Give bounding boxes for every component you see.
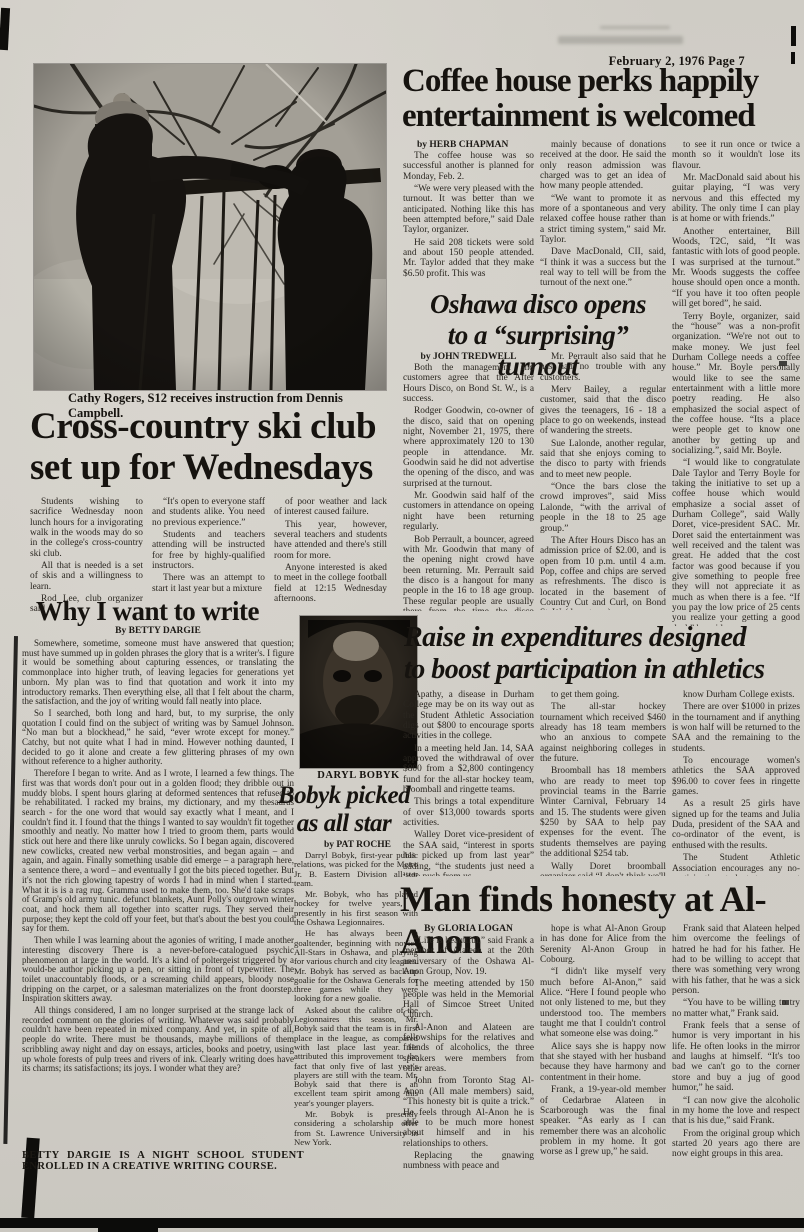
paragraph: As a result 25 girls have signed up for … — [672, 799, 800, 851]
bobyk-headline-line1: Bobyk picked — [268, 782, 420, 810]
athletics-headline-line1: Raise in expenditures designed — [404, 622, 804, 654]
paragraph: of poor weather and lack of interest cau… — [274, 497, 387, 518]
paragraph: Students and teachers attending will be … — [152, 530, 265, 571]
athletics-headline-line2: to boost participation in athletics — [404, 654, 804, 686]
paragraph: The coffee house was so successful anoth… — [403, 151, 534, 182]
paragraph: The Student Athletic Association encoura… — [672, 853, 800, 876]
paragraph: “Once the bars close the crowd improves”… — [540, 482, 666, 534]
athletics-column-3: know Durham College exists.There are ove… — [672, 690, 800, 876]
paragraph: Terry Boyle, organizer, said the “house”… — [672, 312, 800, 457]
disco-headline-line1: Oshawa disco opens — [405, 289, 671, 320]
paragraph: Mr. Bobyk is presently considering a sch… — [294, 1110, 418, 1147]
coffee-headline-line2: entertainment is welcomed — [402, 99, 804, 134]
why-write-headline: Why I want to write — [36, 596, 296, 627]
coffee-byline: by HERB CHAPMAN — [403, 140, 548, 150]
why-write-footer: BETTY DARGIE IS A NIGHT SCHOOL STUDENT E… — [22, 1150, 304, 1172]
paragraph: to see it run once or twice a month so i… — [672, 140, 800, 171]
scan-artifact-right-edge-1 — [791, 26, 796, 46]
paragraph: “It's open to everyone staff and student… — [152, 497, 265, 528]
ski-photo-image — [34, 64, 386, 390]
paragraph: “I can now give the alcoholic in my home… — [672, 1096, 800, 1127]
paragraph: Frank feels that a sense of humor is ver… — [672, 1021, 800, 1093]
paragraph: The all-star hockey tournament which rec… — [540, 702, 666, 764]
paragraph: Asked about the calibre of the Legionnai… — [294, 1006, 418, 1108]
paragraph: The meeting attended by 150 people was h… — [403, 979, 534, 1020]
paragraph: Rodger Goodwin, co-owner of the disco, s… — [403, 406, 534, 489]
alanon-byline: By GLORIA LOGAN — [403, 924, 534, 934]
ski-photo-illustration — [34, 64, 386, 390]
paragraph: All that is needed is a set of skis and … — [30, 561, 143, 592]
paragraph: “I didn't like myself very much before A… — [540, 967, 666, 1039]
paragraph: Mr. MacDonald said about his guitar play… — [672, 173, 800, 225]
ski-club-headline: Cross-country ski club set up for Wednes… — [30, 406, 392, 488]
scan-artifact-left-line — [3, 636, 18, 1144]
coffee-column-3: to see it run once or twice a month so i… — [672, 140, 800, 626]
paragraph: Bob Perrault, a bouncer, agreed with Mr.… — [403, 535, 534, 612]
coffee-column-1: The coffee house was so successful anoth… — [403, 151, 534, 289]
disco-column-1: Both the management and customers agree … — [403, 363, 534, 611]
paragraph: “You have to be willing to try no matter… — [672, 998, 800, 1019]
bobyk-photo-caption: DARYL BOBYK — [300, 770, 417, 781]
paragraph: All things considered, I am no longer su… — [22, 1006, 294, 1074]
scan-artifact-top-left — [0, 8, 10, 50]
paragraph: Mr. Goodwin said half of the customers i… — [403, 491, 534, 532]
scan-artifact-right-edge-2 — [791, 52, 795, 64]
paragraph: Therefore I began to write. And as I wro… — [22, 769, 294, 934]
bobyk-headline-line2: as all star — [268, 810, 420, 838]
paragraph: “I would like to congratulate Dale Taylo… — [672, 458, 800, 626]
paragraph: Both the management and customers agree … — [403, 363, 534, 404]
paragraph: hope is what Al-Anon Group in has done f… — [540, 924, 666, 965]
paragraph: “Life is beautiful,” said Frank a member… — [403, 936, 534, 977]
bobyk-photo-image — [300, 616, 417, 768]
paragraph: Al-Anon and Alateen are fellowships for … — [403, 1023, 534, 1075]
paragraph: Another entertainer, Bill Woods, T2C, sa… — [672, 227, 800, 310]
paragraph: John from Toronto Stag Al-Anon (All male… — [403, 1076, 534, 1148]
paragraph: To encourage women's athletics the SAA a… — [672, 756, 800, 797]
athletics-column-2: to get them going.The all-star hockey to… — [540, 690, 666, 876]
paragraph: Frank said that Alateen helped him overc… — [672, 924, 800, 996]
ski-club-headline-line2: set up for Wednesdays — [30, 447, 392, 488]
paragraph: Apathy, a disease in Durham College may … — [403, 690, 534, 742]
paragraph: In a meeting held Jan. 14, SAA approved … — [403, 744, 534, 796]
paragraph: From the original group which started 20… — [672, 1129, 800, 1160]
paragraph: Sue Lalonde, another regular, said that … — [540, 439, 666, 480]
alanon-column-2: hope is what Al-Anon Group in has done f… — [540, 924, 666, 1172]
paragraph: Mr. Perrault also said that he has had n… — [540, 352, 666, 383]
athletics-column-1: Apathy, a disease in Durham College may … — [403, 690, 534, 876]
paragraph: There was an attempt to start it last ye… — [152, 573, 265, 594]
newspaper-page: February 2, 1976 Page 7 — [0, 0, 804, 1232]
paragraph: This year, however, several teachers and… — [274, 520, 387, 561]
paragraph: There are over $1000 in prizes in the to… — [672, 702, 800, 754]
paragraph: The After Hours Disco has an admission p… — [540, 536, 666, 610]
paragraph: Wally Doret broomball organizer said “I … — [540, 862, 666, 877]
why-write-body: Somewhere, sometime, someone must have a… — [22, 639, 294, 1142]
coffee-column-2: mainly because of donations received at … — [540, 140, 666, 290]
paragraph: Replacing the gnawing numbness with peac… — [403, 1151, 534, 1172]
paragraph: Broomball has 18 members who are ready t… — [540, 766, 666, 859]
paragraph: mainly because of donations received at … — [540, 140, 666, 192]
paragraph: “We were very pleased with the turnout. … — [403, 184, 534, 236]
paragraph: So I searched, both long and hard, but, … — [22, 709, 294, 767]
paragraph: This brings a total expenditure of over … — [403, 797, 534, 828]
bobyk-headline: Bobyk picked as all star — [268, 782, 420, 838]
alanon-column-1: “Life is beautiful,” said Frank a member… — [403, 936, 534, 1172]
paragraph: Then while I was learning about the agon… — [22, 936, 294, 1004]
ski-club-headline-line1: Cross-country ski club — [30, 406, 392, 447]
scan-smudge-header-line — [600, 26, 670, 29]
coffee-headline-line1: Coffee house perks happily — [402, 64, 804, 99]
paragraph: He said 208 tickets were sold and about … — [403, 238, 534, 279]
bobyk-byline: by PAT ROCHE — [296, 840, 419, 850]
paragraph: Frank, a 19-year-old member of Cedarbrae… — [540, 1085, 666, 1157]
paragraph: to get them going. — [540, 690, 666, 700]
scan-smudge-header — [558, 36, 683, 44]
paragraph: Merv Bailey, a regular customer, said th… — [540, 385, 666, 437]
coffee-headline: Coffee house perks happily entertainment… — [402, 64, 804, 134]
paragraph: Dave MacDonald, CII, said, “I think it w… — [540, 247, 666, 288]
bobyk-photo-illustration — [300, 616, 417, 768]
disco-column-2: Mr. Perrault also said that he has had n… — [540, 352, 666, 610]
paragraph: know Durham College exists. — [672, 690, 800, 700]
paragraph: “We want to promote it as more of a spon… — [540, 194, 666, 246]
paragraph: Somewhere, sometime, someone must have a… — [22, 639, 294, 707]
paragraph: Walley Doret vice-president of the SAA s… — [403, 830, 534, 876]
disco-byline: by JOHN TREDWELL — [403, 352, 534, 362]
athletics-headline: Raise in expenditures designed to boost … — [404, 622, 804, 686]
paragraph: Students wishing to sacrifice Wednesday … — [30, 497, 143, 559]
paragraph: Alice says she is happy now that she sta… — [540, 1042, 666, 1083]
alanon-column-3: Frank said that Alateen helped him overc… — [672, 924, 800, 1176]
why-write-byline: By BETTY DARGIE — [22, 626, 294, 636]
scan-band-bottom-chunk — [98, 1218, 158, 1232]
